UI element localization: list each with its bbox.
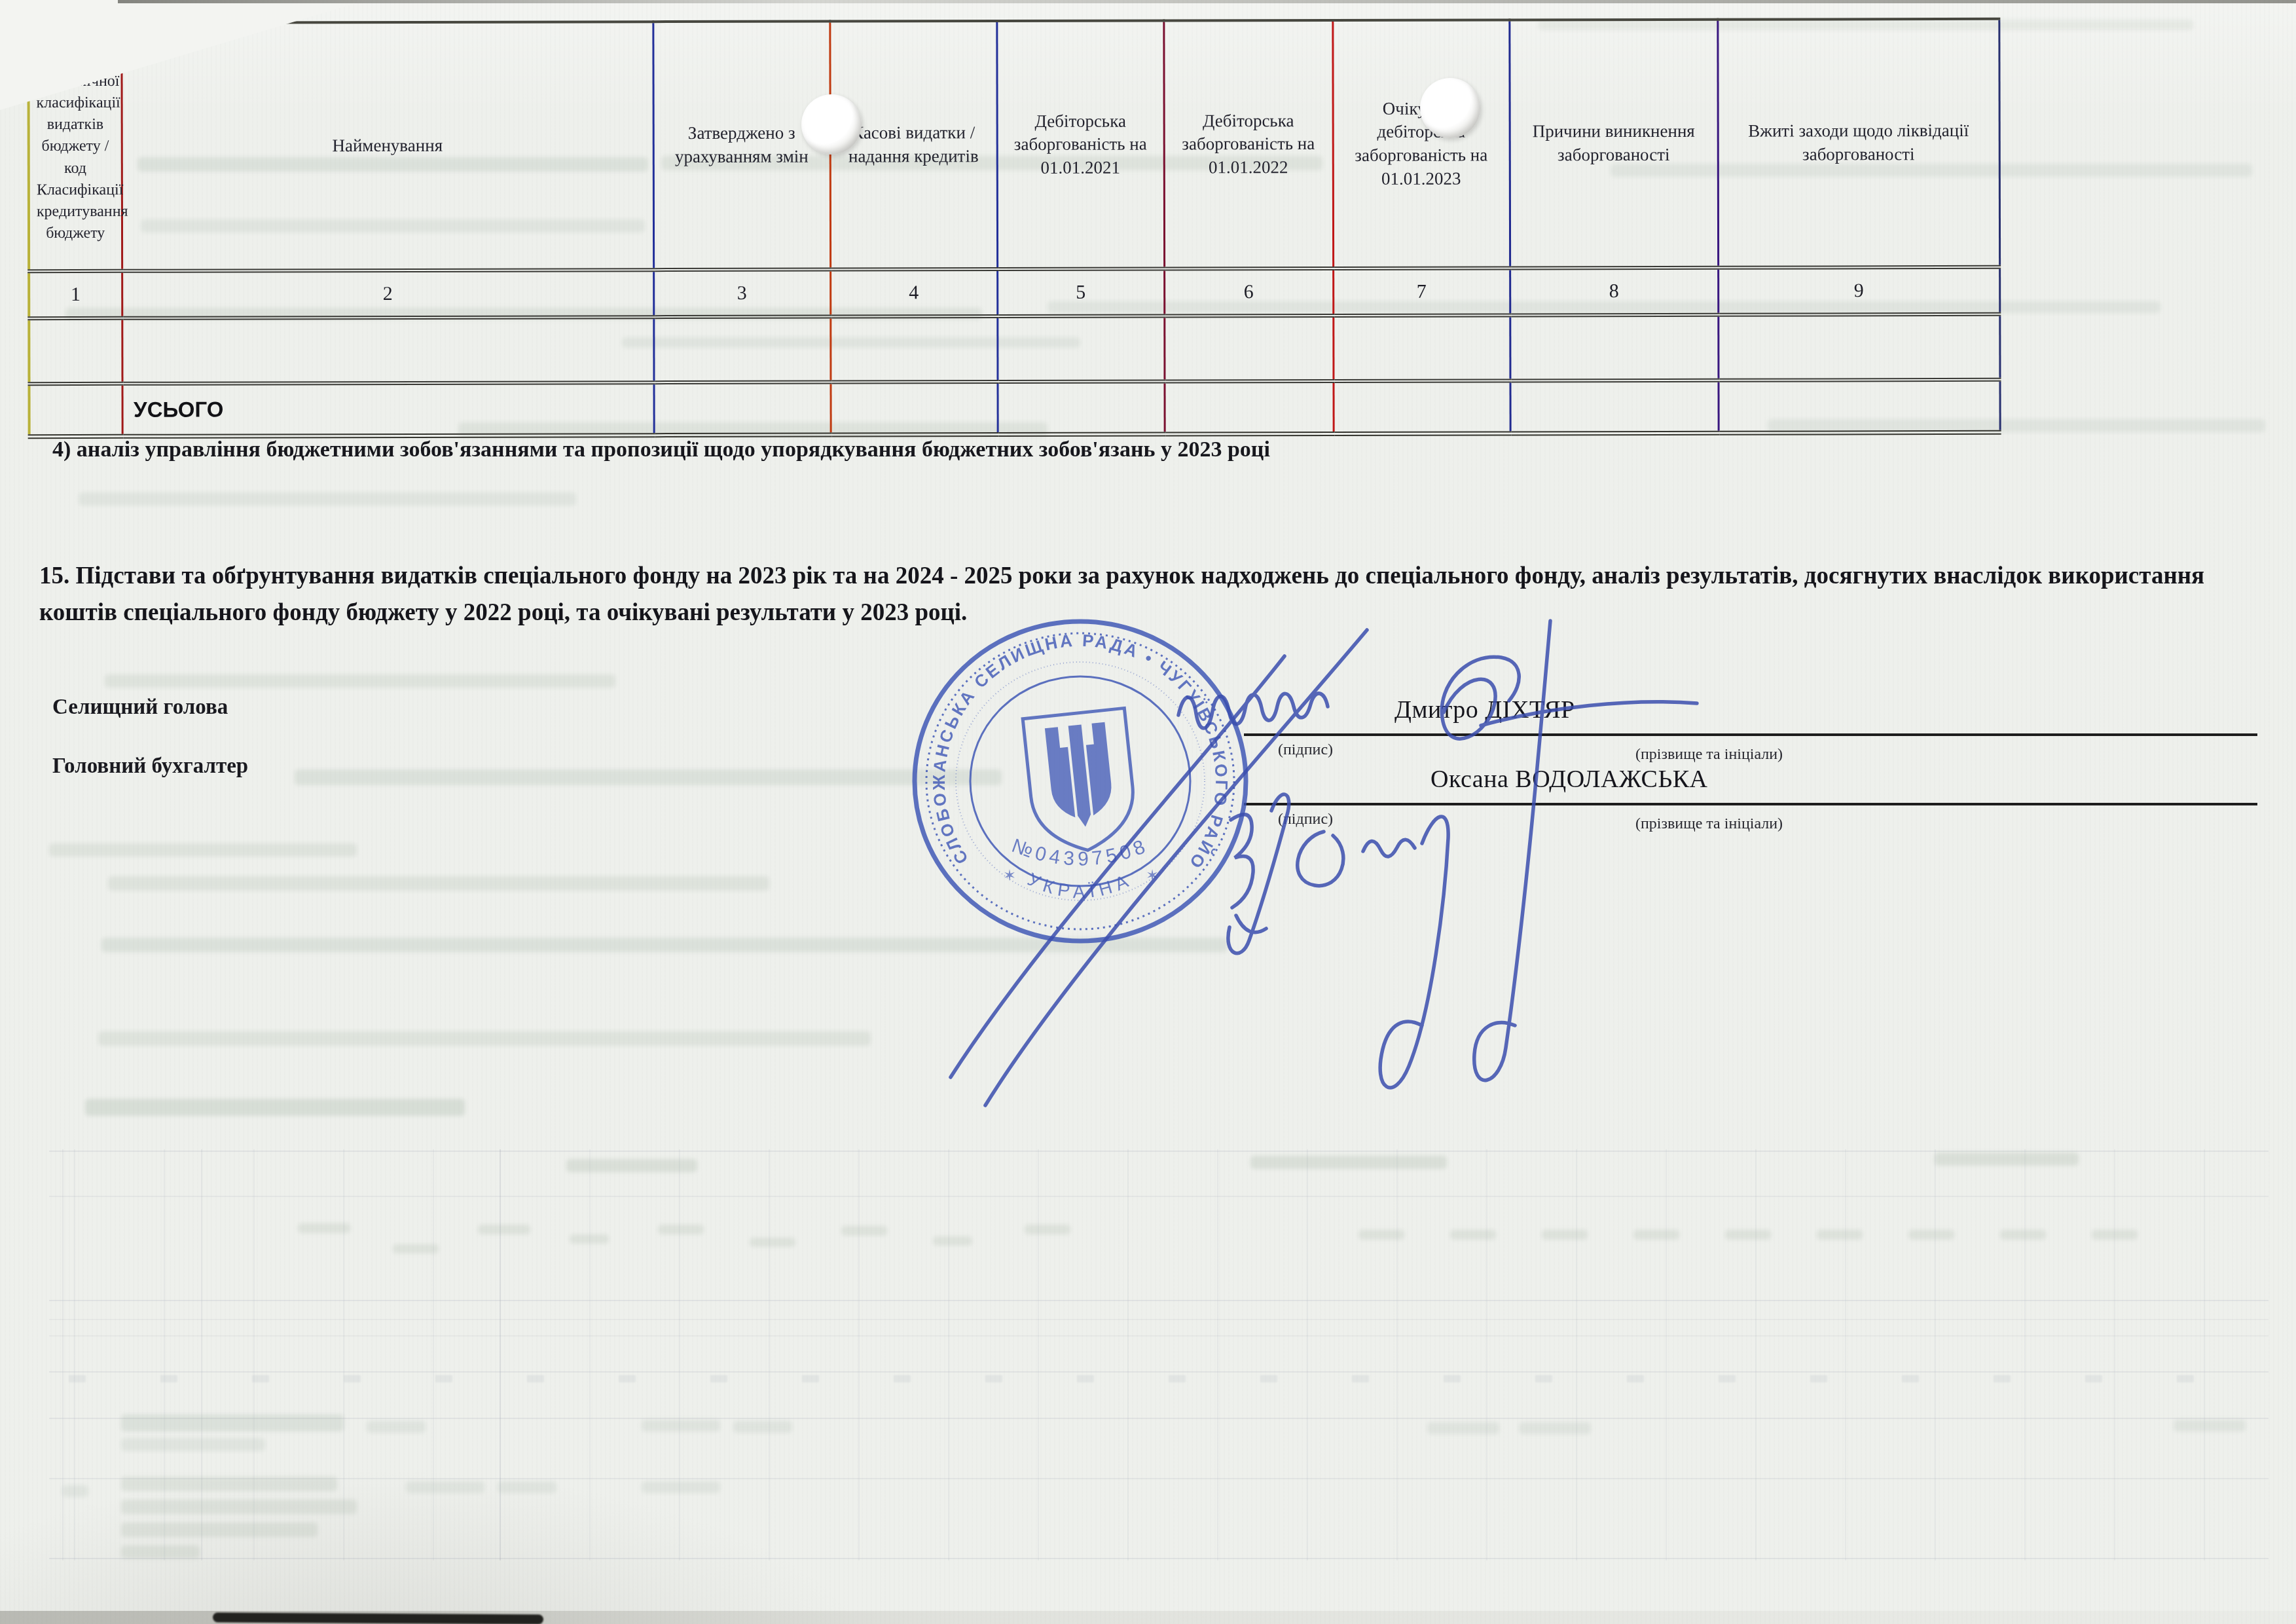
bleed-through-smudge: [933, 1236, 972, 1246]
scanned-document-page: Код Економічної класифікації видатків бю…: [0, 0, 2296, 1624]
bleed-through-smudge: [121, 1522, 318, 1537]
bleed-through-smudge: [750, 1238, 795, 1247]
col-number: 8: [1510, 268, 1718, 316]
header-cell-debt-2022: Дебіторська заборгованість на 01.01.2022: [1163, 20, 1333, 269]
bleed-through-smudge: [393, 1244, 439, 1253]
handwritten-signatures-ink: [851, 589, 1702, 1146]
header-cell-approved: Затверджено з урахуванням змін: [653, 22, 830, 270]
header-cell-cash: Касові видатки / надання кредитів: [829, 21, 997, 270]
table-header-row: Код Економічної класифікації видатків бю…: [28, 19, 1999, 271]
bleed-through-smudge: [1358, 1230, 1404, 1240]
bleed-through-smudge: [62, 1485, 88, 1497]
ghost-table-line: [49, 1335, 2269, 1337]
bleed-through-smudge: [367, 1421, 426, 1433]
col-number: 2: [122, 270, 653, 318]
bleed-through-smudge: [1633, 1230, 1679, 1240]
punch-hole-left: [801, 94, 862, 155]
ghost-table-line: [49, 1478, 2269, 1479]
bleed-through-smudge: [570, 1234, 609, 1244]
empty-data-row: [29, 314, 1999, 384]
debt-table: Код Економічної класифікації видатків бю…: [27, 18, 2001, 439]
bleed-through-smudge: [98, 1031, 871, 1046]
signature-acct-waves: [1363, 840, 1415, 857]
bleed-through-smudge: [1250, 1156, 1447, 1169]
bleed-through-smudge: [658, 1225, 704, 1234]
header-cell-measures: Вжиті заходи щодо ліквідації заборговано…: [1717, 19, 1999, 268]
ghost-table-number-row: [69, 1375, 2249, 1382]
bleed-through-smudge: [1817, 1230, 1863, 1240]
bleed-through-smudge: [121, 1545, 200, 1559]
bleed-through-smudge: [121, 1438, 265, 1451]
ghost-table-line: [49, 1418, 2269, 1419]
bleed-through-smudge: [498, 1481, 556, 1493]
bleed-through-smudge: [1519, 1422, 1591, 1434]
ghost-table-line: [62, 1149, 64, 1560]
bleed-through-smudge: [1427, 1422, 1499, 1434]
bleed-through-smudge: [79, 492, 576, 506]
bleed-through-smudge: [85, 1099, 465, 1116]
punch-hole-right: [1420, 78, 1480, 138]
bleed-through-smudge: [1908, 1230, 1954, 1240]
header-cell-reasons: Причини виникнення заборгованості: [1509, 20, 1718, 268]
total-row: УСЬОГО: [29, 380, 1999, 437]
bleed-through-smudge: [1542, 1230, 1588, 1240]
ghost-table-line: [49, 1151, 2269, 1152]
signature-stroke-tall-loop: [1474, 621, 1550, 1080]
header-cell-name: Найменування: [121, 22, 653, 271]
signature-head-underline: [1481, 702, 1697, 726]
col-number: 6: [1164, 268, 1333, 316]
bleed-through-ghost-table: [49, 1149, 2269, 1560]
role-chief-accountant: Головний бухгалтер: [52, 754, 248, 779]
bleed-through-smudge: [121, 1477, 337, 1491]
bleed-through-smudge: [1025, 1225, 1070, 1234]
total-label: УСЬОГО: [122, 382, 653, 436]
signature-head-loops: [1178, 693, 1328, 728]
ghost-table-line: [49, 1319, 2269, 1320]
signature-acct-o: [1298, 832, 1343, 886]
bleed-through-smudge: [108, 876, 769, 891]
header-cell-debt-2023: Очікувана дебіторська заборгованість на …: [1332, 20, 1510, 268]
signature-acct-z: [1231, 815, 1253, 908]
bleed-through-smudge: [121, 1500, 357, 1514]
scan-top-edge-shadow: [118, 0, 2296, 3]
bleed-through-smudge: [1450, 1230, 1496, 1240]
ghost-table-line: [49, 1371, 2269, 1373]
bleed-through-smudge: [1725, 1230, 1771, 1240]
ghost-table-line: [500, 1149, 501, 1560]
bleed-through-smudge: [642, 1420, 720, 1431]
bleed-through-smudge: [49, 843, 357, 857]
col-number: 9: [1718, 267, 1999, 315]
header-cell-debt-2021: Дебіторська заборгованість на 01.01.2021: [996, 21, 1164, 270]
bleed-through-smudge: [406, 1481, 484, 1493]
ghost-table-line: [49, 1558, 2269, 1559]
bleed-through-smudge: [105, 674, 615, 688]
bleed-through-smudge: [566, 1159, 697, 1172]
bleed-through-smudge: [298, 1223, 350, 1233]
bleed-through-smudge: [1935, 1153, 2079, 1166]
role-head-of-settlement: Селищний голова: [52, 695, 228, 720]
col-number: 3: [653, 270, 830, 318]
bleed-through-smudge: [841, 1226, 887, 1236]
paragraph-item-4: 4) аналіз управління бюджетними зобов'яз…: [52, 437, 1820, 462]
scan-bottom-dark-band: [213, 1612, 543, 1624]
signature-stroke-diagonal-2: [951, 656, 1285, 1077]
col-number: 5: [997, 269, 1164, 317]
bleed-through-smudge: [642, 1481, 720, 1493]
bleed-through-smudge: [2174, 1420, 2246, 1431]
column-number-row: 1 2 3 4 5 6 7 8 9: [29, 267, 1999, 318]
bleed-through-smudge: [2092, 1230, 2138, 1240]
col-number: 4: [830, 269, 997, 317]
col-number: 1: [29, 271, 122, 318]
col-number: 7: [1333, 268, 1510, 316]
bleed-through-smudge: [121, 1414, 344, 1431]
bleed-through-smudge: [733, 1421, 792, 1433]
bleed-through-smudge: [478, 1225, 530, 1234]
ghost-table-line: [49, 1300, 2269, 1301]
ghost-table-line: [49, 1196, 2269, 1197]
bleed-through-smudge: [2000, 1230, 2046, 1240]
ghost-table-line: [201, 1149, 202, 1560]
